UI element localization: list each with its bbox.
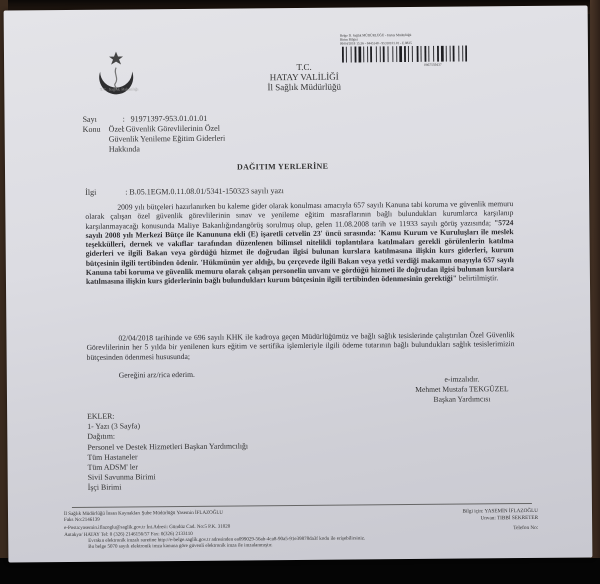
- ilgi-value: : B.05.1EGM.0.11.08.01/5341-150323 sayıl…: [125, 186, 284, 196]
- document-page: T.C. Sağlık Bakanlığı T.C. HATAY VALİLİĞ…: [4, 5, 593, 562]
- sayi-label: Sayı: [83, 115, 123, 125]
- closing-text: Gereğini arz/rica ederim.: [119, 370, 195, 380]
- logo-caption: T.C. Sağlık Bakanlığı: [74, 86, 164, 92]
- signature-block: e-imzalıdır. Mehmet Mustafa TEKGÜZEL Baş…: [387, 374, 537, 405]
- background-bottom: [0, 558, 600, 584]
- body-paragraph-2: 02/04/2018 tarihinde ve 696 sayılı KHK i…: [86, 330, 514, 362]
- barcode-number: 0867559437: [424, 63, 442, 67]
- barcode-icon: [342, 46, 467, 63]
- info-phone: Telefon No:: [423, 525, 538, 533]
- paragraph-end: belirtilmiştir.: [457, 274, 498, 283]
- barcode-caption: Belge D. Sağlık MÜDÜRLÜĞÜ - Hatay Müdürl…: [340, 32, 470, 45]
- footer-divider: [72, 503, 532, 508]
- sayi-row: Sayı:91971397-953.01.01.01: [83, 114, 208, 125]
- footer-info: Bilgi için: YASEMİN İFLAZOĞLU Unvan: TIB…: [423, 508, 538, 533]
- paragraph-text: 02/04/2018 tarihinde ve 696 sayılı KHK i…: [87, 330, 515, 361]
- paragraph-text: 2009 yılı bütçeleri hazırlanırken bu kal…: [85, 199, 513, 230]
- directorate-label: İl Sağlık Müdürlüğü: [234, 81, 374, 92]
- konu-line: Hakkında: [109, 143, 309, 155]
- attachments-block: EKLER: 1- Yazı (3 Sayfa) Dağıtım: Person…: [87, 410, 248, 493]
- ilgi-row: İlgi: B.05.1EGM.0.11.08.01/5341-150323 s…: [85, 186, 284, 197]
- letterhead: T.C. HATAY VALİLİĞİ İl Sağlık Müdürlüğü: [234, 61, 374, 92]
- ilgi-label: İlgi: [85, 188, 125, 197]
- signer-title: Başkan Yardımcısı: [387, 394, 537, 405]
- body-paragraph-1: 2009 yılı bütçeleri hazırlanırken bu kal…: [85, 199, 514, 286]
- konu-value: Özel Güvenlik Görevlilerinin Özel Güvenl…: [109, 123, 309, 155]
- distribution-item: İşçi Birimi: [88, 482, 249, 494]
- ministry-logo-icon: [86, 49, 146, 100]
- distribution-item: Personel ve Destek Hizmetleri Başkan Yar…: [87, 441, 248, 453]
- recipient-heading: DAĞITIM YERLERİNE: [237, 162, 328, 172]
- sayi-value: 91971397-953.01.01.01: [131, 114, 208, 124]
- footer-contact: İl Sağlık Müdürlüğü İnsan Kaynakları Şub…: [64, 509, 444, 552]
